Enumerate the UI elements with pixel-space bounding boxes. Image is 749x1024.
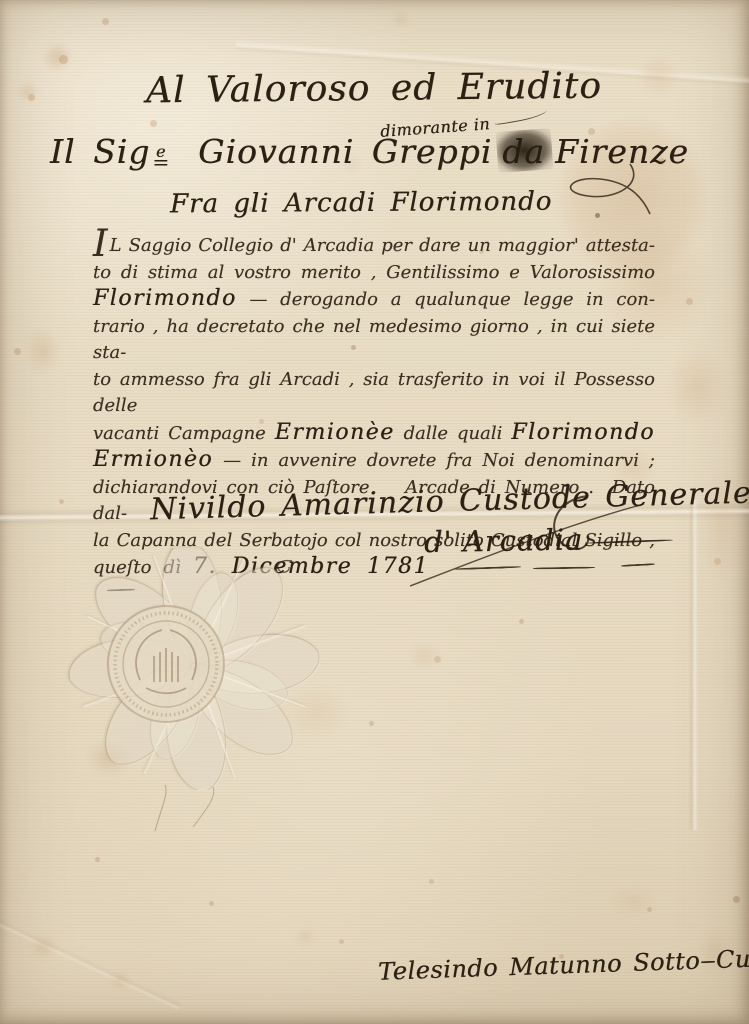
- paper-stain: [24, 328, 60, 374]
- paper-stain: [42, 42, 72, 72]
- paper-fiber-marks: [125, 783, 235, 835]
- pen-dash: [455, 566, 521, 570]
- custode-generale-signature-line2: d' Arcadia: [424, 521, 674, 559]
- printed-line-7: Ermionèo — in avvenire dovrete fra Noi d…: [93, 447, 655, 475]
- fold-crease-bottom-left: [0, 909, 182, 1011]
- pan-pipes-emblem: [136, 630, 196, 693]
- paper-stain: [86, 740, 134, 776]
- paper-stain: [610, 886, 656, 916]
- printed-line-5: to ammesso fra gli Arcadi , sia trasferi…: [93, 367, 655, 420]
- addressee-place: Firenze: [555, 132, 689, 171]
- addressee-name: Giovanni Greppi: [198, 132, 492, 171]
- arcadian-name-line: Fra gli Arcadi Florimondo: [170, 187, 553, 220]
- paper-stain: [283, 686, 349, 740]
- printed-line-6: vacanti Campagne Ermionèe dalle quali Fl…: [93, 420, 655, 448]
- paper-stain: [30, 934, 56, 960]
- abbreviation-mark: e=: [152, 148, 170, 168]
- addressee-line: Il Sige=Giovanni GreppidaFirenze: [50, 132, 689, 171]
- paper-stain: [408, 644, 440, 668]
- addressee-title: Il Sig: [50, 132, 150, 171]
- drop-capital: I: [93, 222, 110, 265]
- sotto-custode-signature: Telesindo Matunno Sotto‒Custode.: [378, 942, 749, 986]
- handwritten-name: Florimondo: [511, 420, 655, 445]
- paper-stain: [296, 928, 314, 946]
- dedication-line: Al Valoroso ed Erudito: [146, 66, 602, 112]
- printed-line-2: to di stima al vostro merito , Gentiliss…: [93, 260, 655, 287]
- paper-stain: [110, 970, 130, 990]
- printed-line-1: IL Saggio Collegio d' Arcadia per dare u…: [93, 233, 655, 260]
- pen-dash: [107, 588, 135, 591]
- handwritten-campagne-name: Ermionèo: [93, 447, 213, 472]
- handwritten-campagne-name: Ermionèe: [275, 420, 395, 445]
- printed-line-10: queſto dì 7. Dicembre 1781: [93, 554, 655, 608]
- struck-out-word: da: [502, 132, 545, 171]
- handwritten-name: Florimondo: [93, 286, 237, 311]
- paper-stain: [392, 12, 410, 28]
- handwritten-date: 7. Dicembre 1781: [193, 554, 429, 579]
- signature-flourish-dash: [587, 539, 673, 544]
- paper-stain: [666, 348, 728, 426]
- paper-stain: [636, 56, 680, 96]
- fold-crease-right: [688, 500, 698, 830]
- foxing-specks: [0, 0, 3, 3]
- pen-dash: [533, 566, 595, 569]
- paper-stain: [18, 82, 38, 102]
- manuscript-diploma-page: Al Valoroso ed Erudito dimorante in Il S…: [0, 0, 749, 1024]
- printed-line-3: Florimondo — derogando a qualunque legge…: [93, 286, 655, 314]
- printed-line-4: trario , ha decretato che nel medesimo g…: [93, 314, 655, 367]
- pen-dash: [621, 563, 655, 567]
- seal-center-disc: [108, 606, 224, 722]
